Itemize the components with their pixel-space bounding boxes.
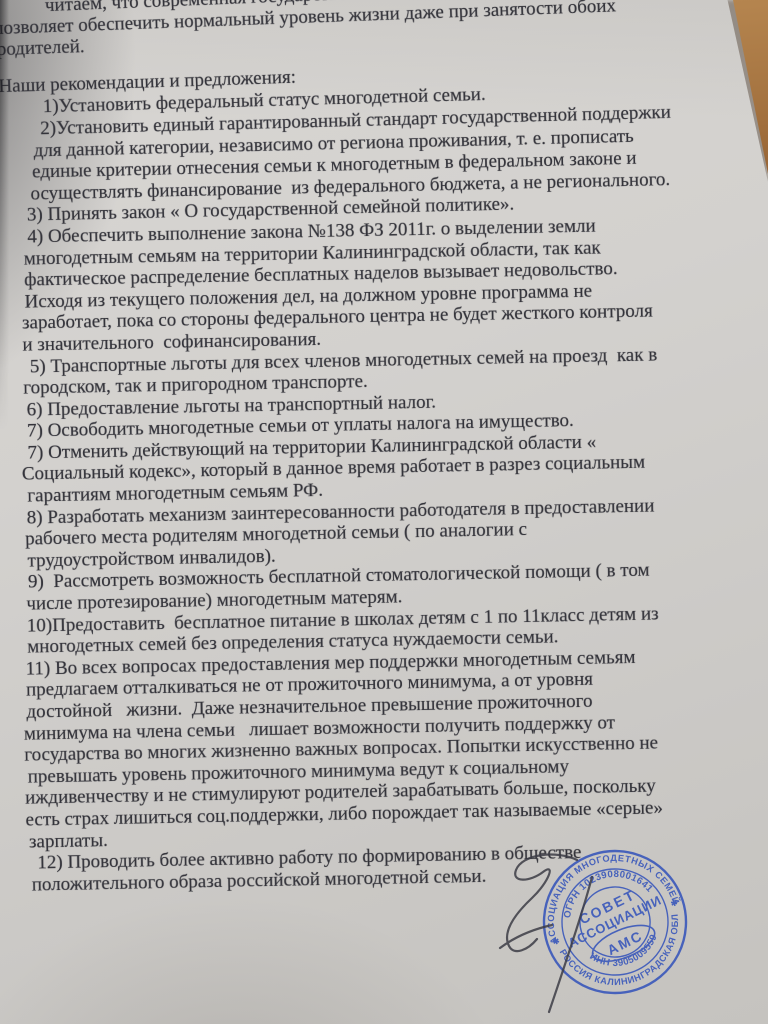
- document-photo: читаем, что современная государственная …: [0, 0, 768, 1024]
- left-edge-shadow: [0, 0, 9, 430]
- document-text: читаем, что современная государственная …: [0, 0, 768, 896]
- signature-tail: [549, 877, 592, 1012]
- signature: [470, 840, 650, 1024]
